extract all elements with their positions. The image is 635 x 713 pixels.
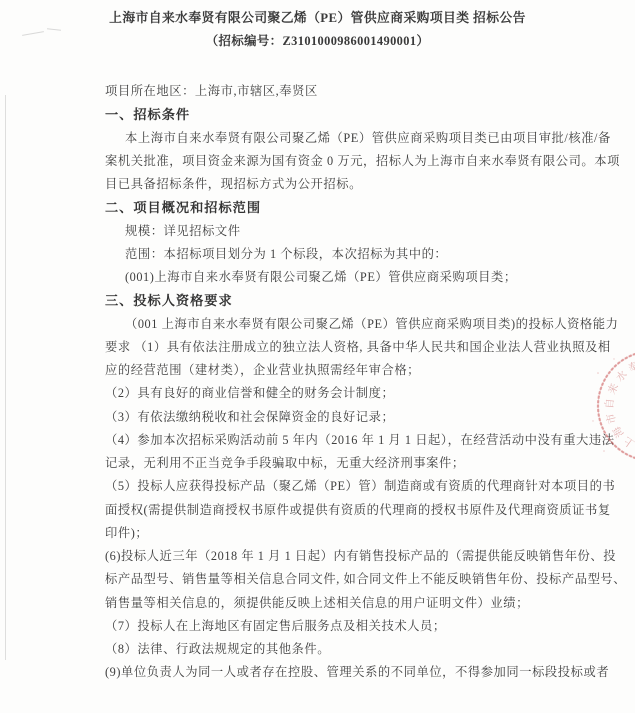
doc-line: 要求 （1）具有依法注册成立的独立法人资格, 具备中华人民共和国企业法人营业执照…	[105, 340, 575, 363]
requirement-2-line: （2）具有良好的商业信誉和健全的财务会计制度；	[105, 386, 575, 409]
document-body: 项目所在地区：上海市,市辖区,奉贤区 一、招标条件 本上海市自来水奉贤有限公司聚…	[105, 84, 575, 689]
scope-line: 范围：本招标项目划分为 1 个标段，本次招标为其中的：	[105, 247, 575, 270]
doc-line: 本上海市自来水奉贤有限公司聚乙烯（PE）管供应商采购项目类已由项目审批/核准/备	[105, 131, 575, 154]
project-region-line: 项目所在地区：上海市,市辖区,奉贤区	[105, 84, 575, 107]
tender-number: （招标编号：Z3101000986001490001）	[0, 31, 635, 49]
seal-company-name: 上海市自来水奉贤有限公司	[590, 343, 635, 451]
requirement-6-line: (6)投标人近三年（2018 年 1 月 1 日起）内有销售投标产品的（需提供能…	[105, 549, 575, 572]
doc-line: 应的经营范围（建材类），企业营业执照需经年审合格；	[105, 363, 575, 386]
doc-line: 案机关批准，项目资金来源为国有资金 0 万元，招标人为上海市自来水奉贤有限公司。…	[105, 154, 575, 177]
svg-text:上海市自来水奉贤有限公司: 上海市自来水奉贤有限公司	[590, 343, 635, 451]
section-heading-bidder-req: 三、投标人资格要求	[105, 293, 575, 316]
doc-line: 面授权(需提供制造商授权书原件或提供有资质的代理商的授权书原件及代理商资质证书复	[105, 503, 575, 526]
lot-001-line: (001)上海市自来水奉贤有限公司聚乙烯（PE）管供应商采购项目类；	[105, 270, 575, 293]
requirement-4-line: （4）参加本次招标采购活动前 5 年内（2016 年 1 月 1 日起），在经营…	[105, 433, 575, 456]
requirement-7-line: （7）投标人在上海地区有固定售后服务点及相关技术人员；	[105, 619, 575, 642]
requirement-8-line: （8）法律、行政法规规定的其他条件。	[105, 642, 575, 665]
scanned-tender-announcement-page: 上海市自来水奉贤有限公司聚乙烯（PE）管供应商采购项目类 招标公告 （招标编号：…	[0, 0, 635, 713]
section-heading-overview: 二、项目概况和招标范围	[105, 200, 575, 223]
requirement-3-line: （3）有依法缴纳税收和社会保障资金的良好记录；	[105, 410, 575, 433]
requirement-9-line: (9)单位负责人为同一人或者存在控股、管理关系的不同单位，不得参加同一标段投标或…	[105, 665, 575, 688]
doc-line: 印件)；	[105, 526, 575, 549]
doc-line: 记录，无利用不正当竞争手段骗取中标，无重大经济刑事案件；	[105, 456, 575, 479]
requirement-5-line: （5）投标人应获得投标产品（聚乙烯（PE）管）制造商或有资质的代理商针对本项目的…	[105, 479, 575, 502]
doc-line: （001 上海市自来水奉贤有限公司聚乙烯（PE）管供应商采购项目类)的投标人资格…	[105, 317, 575, 340]
doc-line: 销售量等相关信息的，须提供能反映上述相关信息的用户证明文件）业绩；	[105, 596, 575, 619]
red-seal-stamp: 上海市自来水奉贤有限公司	[590, 343, 635, 469]
scan-edge-line	[5, 95, 6, 660]
doc-line: 标产品型号、销售量等相关信息合同文件, 如合同文件上不能反映销售年份、投标产品型…	[105, 572, 575, 595]
doc-line: 目已具备招标条件，现招标方式为公开招标。	[105, 177, 575, 200]
scale-line: 规模：详见招标文件	[105, 224, 575, 247]
section-heading-conditions: 一、招标条件	[105, 107, 575, 130]
document-title: 上海市自来水奉贤有限公司聚乙烯（PE）管供应商采购项目类 招标公告	[0, 7, 635, 26]
